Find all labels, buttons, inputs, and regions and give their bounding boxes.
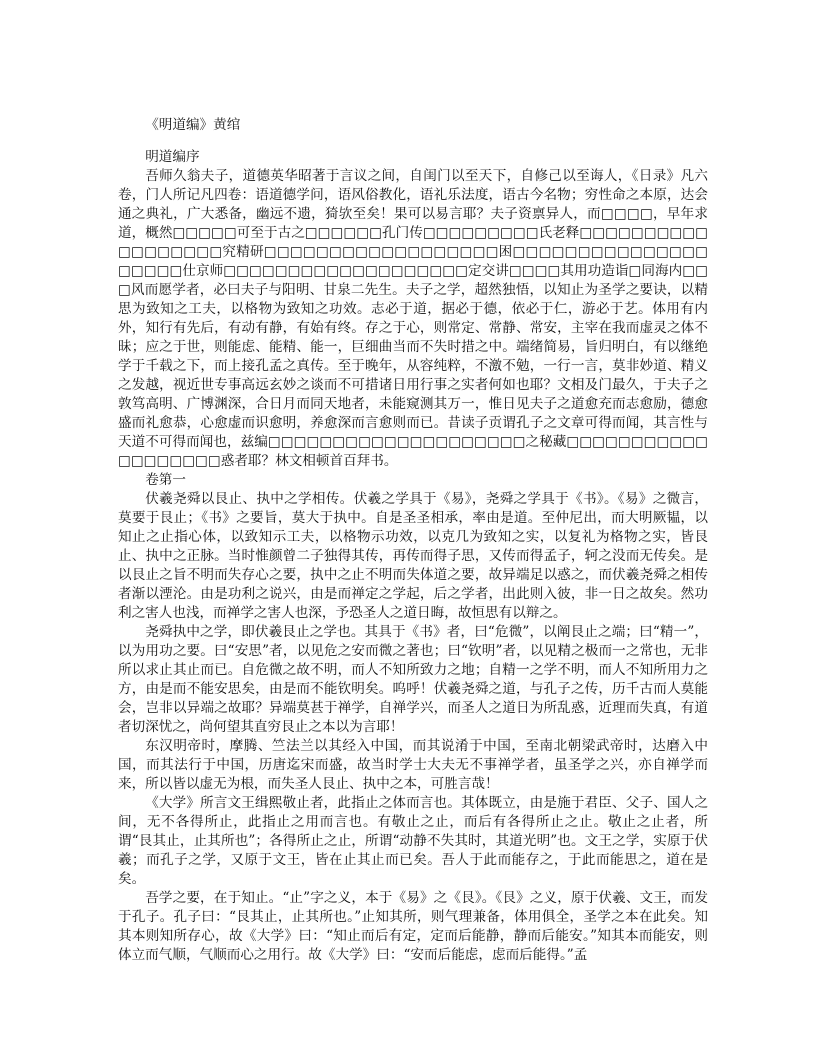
document-page: 《明道编》黄绾 明道编序 吾师久翁夫子，道德英华昭著于言议之间，自闺门以至天下，… [118, 116, 708, 965]
document-title: 《明道编》黄绾 [118, 116, 708, 135]
volume-heading: 卷第一 [118, 471, 708, 490]
body-paragraph: 《大学》所言文王缉熙敬止者，此指止之体而言也。其体既立，由是施于君臣、父子、国人… [118, 794, 708, 889]
body-paragraph: 伏羲尧舜以艮止、执中之学相传。伏羲之学具于《易》，尧舜之学具于《书》。《易》之微… [118, 490, 708, 623]
body-paragraph: 吾学之要，在于知止。“止”字之义，本于《易》之《艮》。《艮》之义，原于伏羲、文王… [118, 889, 708, 965]
body-paragraph: 尧舜执中之学，即伏羲艮止之学也。其具于《书》者，曰“危微”，以阐艮止之端；曰“精… [118, 623, 708, 737]
body-paragraph: 东汉明帝时，摩腾、竺法兰以其经入中国，而其说淆于中国，至南北朝梁武帝时，达磨入中… [118, 737, 708, 794]
preface-paragraph: 吾师久翁夫子，道德英华昭著于言议之间，自闺门以至天下，自修己以至诲人，《日录》凡… [118, 167, 708, 471]
preface-heading: 明道编序 [118, 148, 708, 167]
